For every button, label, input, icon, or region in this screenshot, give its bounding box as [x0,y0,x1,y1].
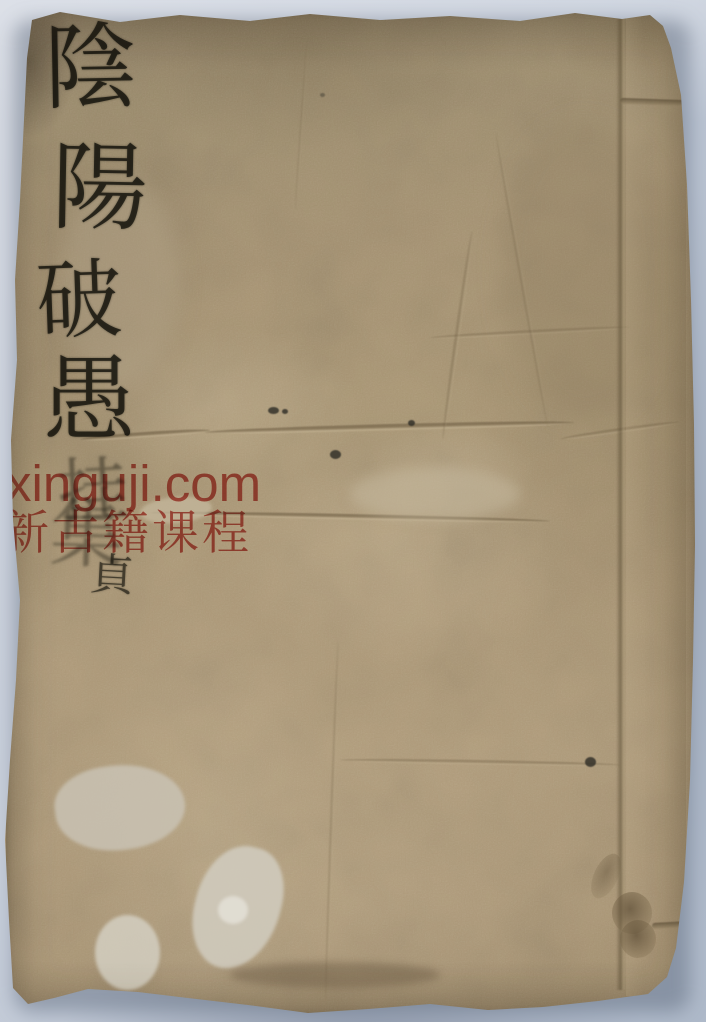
book-cover: 陰 陽 破 愚 挂 集 貞 xinguji.com 新古籍课程 [0,0,706,1022]
photo-frame: 陰 陽 破 愚 挂 集 貞 xinguji.com 新古籍课程 [0,0,706,1022]
edge-vignette [6,10,696,1014]
